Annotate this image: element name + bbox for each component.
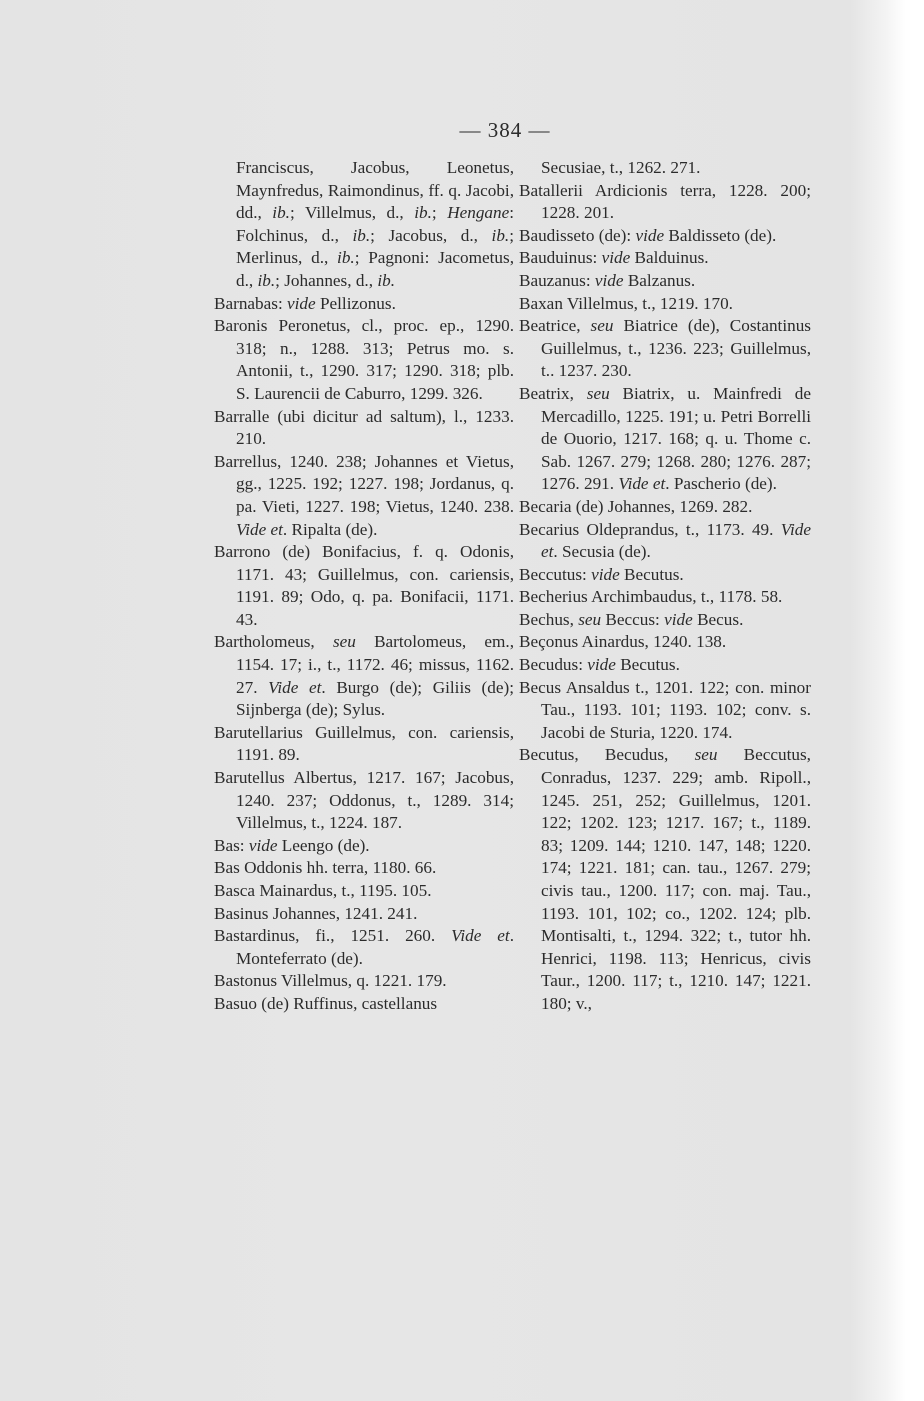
index-entry: Beccutus: vide Becutus. [519, 564, 811, 587]
index-column-right: Secusiae, t., 1262. 271.Batallerii Ardic… [519, 157, 811, 1016]
index-entry: Baxan Villelmus, t., 1219. 170. [519, 293, 811, 316]
index-entry: Barralle (ubi dicitur ad saltum), l., 12… [214, 406, 514, 451]
index-entry: Baronis Peronetus, cl., proc. ep., 1290.… [214, 315, 514, 405]
index-entry: Basca Mainardus, t., 1195. 105. [214, 880, 514, 903]
index-entry: Becarius Oldeprandus, t., 1173. 49. Vide… [519, 519, 811, 564]
index-entry: Bastardinus, fi., 1251. 260. Vide et. Mo… [214, 925, 514, 970]
index-entry: Basinus Johannes, 1241. 241. [214, 903, 514, 926]
index-entry: Bauzanus: vide Balzanus. [519, 270, 811, 293]
index-entry: Barrono (de) Bonifacius, f. q. Odonis, 1… [214, 541, 514, 631]
index-entry: Bas Oddonis hh. terra, 1180. 66. [214, 857, 514, 880]
index-column-left: Franciscus, Jacobus, Leonetus, Maynfredu… [214, 157, 514, 1016]
index-entry: Beatrix, seu Biatrix, u. Mainfredi de Me… [519, 383, 811, 496]
index-entry: Bartholomeus, seu Bartolomeus, em., 1154… [214, 631, 514, 721]
index-entry: Bechus, seu Beccus: vide Becus. [519, 609, 811, 632]
index-entry: Barutellus Albertus, 1217. 167; Jacobus,… [214, 767, 514, 835]
index-entry: Basuo (de) Ruffinus, castellanus [214, 993, 514, 1016]
page-number: — 384 — [0, 118, 924, 143]
index-entry: Bas: vide Leengo (de). [214, 835, 514, 858]
index-entry: Franciscus, Jacobus, Leonetus, Maynfredu… [214, 157, 514, 293]
index-entry: Batallerii Ardicionis terra, 1228. 200; … [519, 180, 811, 225]
index-entry: Baudisseto (de): vide Baldisseto (de). [519, 225, 811, 248]
index-entry: Beçonus Ainardus, 1240. 138. [519, 631, 811, 654]
index-entry: Bastonus Villelmus, q. 1221. 179. [214, 970, 514, 993]
index-entry: Becudus: vide Becutus. [519, 654, 811, 677]
index-entry: Barnabas: vide Pellizonus. [214, 293, 514, 316]
index-entry: Becutus, Becudus, seu Beccutus, Conradus… [519, 744, 811, 1015]
index-entry: Bauduinus: vide Balduinus. [519, 247, 811, 270]
index-entry: Becaria (de) Johannes, 1269. 282. [519, 496, 811, 519]
index-entry: Barutellarius Guillelmus, con. cariensis… [214, 722, 514, 767]
index-entry: Beatrice, seu Biatrice (de), Costantinus… [519, 315, 811, 383]
index-entry: Becherius Archimbaudus, t., 1178. 58. [519, 586, 811, 609]
index-entry: Secusiae, t., 1262. 271. [519, 157, 811, 180]
index-entry: Barrellus, 1240. 238; Johannes et Vietus… [214, 451, 514, 541]
index-entry: Becus Ansaldus t., 1201. 122; con. minor… [519, 677, 811, 745]
